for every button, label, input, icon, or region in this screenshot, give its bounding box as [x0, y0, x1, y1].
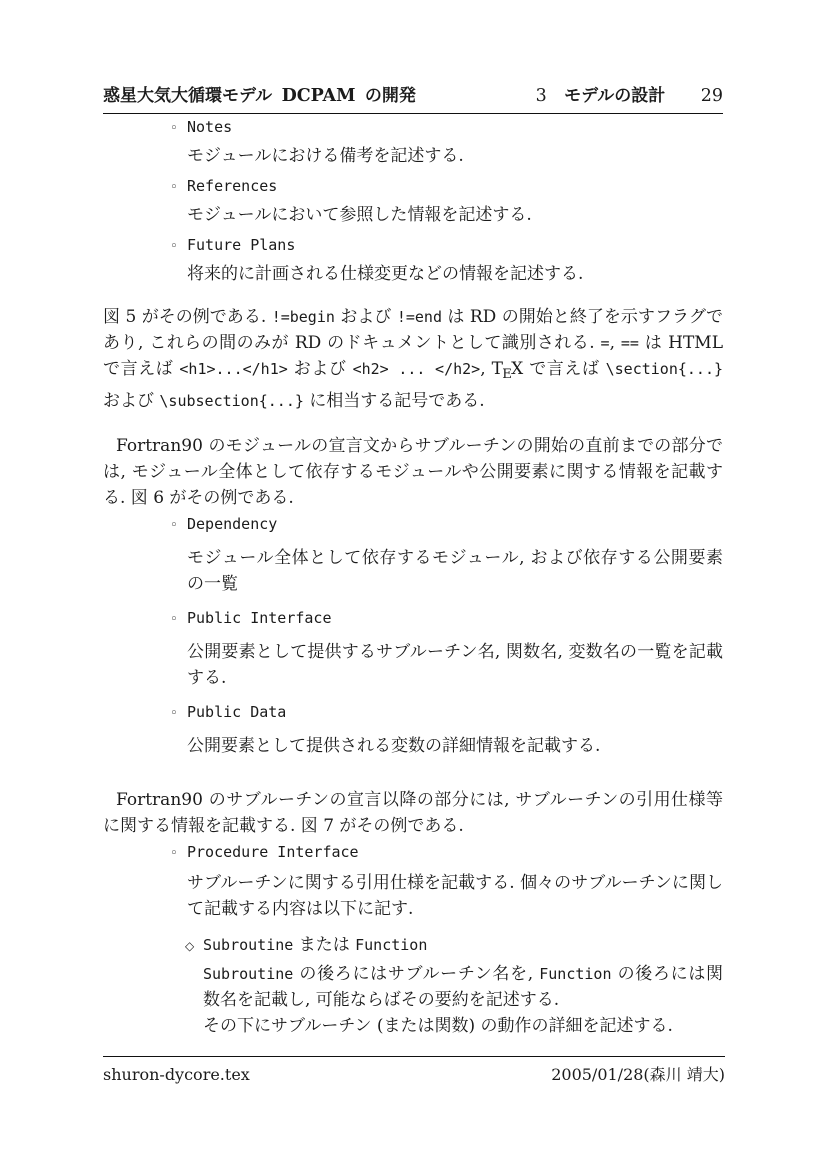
procedure-list: ◦Procedure Interface サブルーチンに関する引用仕様を記載する…	[103, 839, 723, 1039]
running-title: 惑星大気大循環モデル DCPAM の開発	[103, 84, 416, 108]
item-desc-line2: その下にサブルーチン (または関数) の動作の詳細を記述する.	[203, 1013, 723, 1039]
item-desc: サブルーチンに関する引用仕様を記載する. 個々のサブルーチンに関して記載する内容…	[187, 870, 723, 922]
list-item-notes: ◦Notes モジュールにおける備考を記述する.	[170, 114, 723, 169]
item-desc: モジュールにおいて参照した情報を記述する.	[187, 202, 723, 228]
diamond-bullet-icon: ◇	[185, 933, 203, 959]
item-label-row: ◦Procedure Interface	[170, 839, 723, 867]
item-label-row: ◇Subroutine または Function	[185, 932, 723, 959]
running-title-jp-post: の開発	[365, 86, 416, 106]
item-label-row: ◦Dependency	[170, 511, 723, 539]
section-title: モデルの設計	[564, 86, 665, 106]
date-author: 2005/01/28(森川 靖大)	[551, 1064, 725, 1086]
item-desc: 将来的に計画される仕様変更などの情報を記述する.	[187, 261, 723, 287]
item-label: Subroutine または Function	[203, 935, 427, 955]
item-desc-line1: Subroutine の後ろにはサブルーチン名を, Function の後ろには…	[203, 961, 723, 1013]
item-label: Future Plans	[187, 236, 295, 254]
circle-bullet-icon: ◦	[170, 175, 187, 201]
list-item-dependency: ◦Dependency モジュール全体として依存するモジュール, および依存する…	[170, 511, 723, 597]
list-item-subroutine-function: ◇Subroutine または Function Subroutine の後ろに…	[185, 932, 723, 1039]
module-doc-list: ◦Notes モジュールにおける備考を記述する. ◦References モジュ…	[103, 114, 723, 287]
section-number: 3	[536, 86, 547, 106]
item-label-row: ◦References	[170, 173, 723, 201]
page-number: 29	[701, 86, 723, 106]
item-label: Dependency	[187, 515, 277, 533]
document-page: 惑星大気大循環モデル DCPAM の開発 3 モデルの設計 29 ◦Notes …	[0, 0, 826, 1169]
source-filename: shuron-dycore.tex	[103, 1064, 250, 1086]
paragraph-module-decl: Fortran90 のモジュールの宣言文からサブルーチンの開始の直前までの部分で…	[103, 433, 723, 511]
module-section-list: ◦Dependency モジュール全体として依存するモジュール, および依存する…	[103, 511, 723, 759]
running-section: 3 モデルの設計 29	[536, 84, 723, 108]
page-body: ◦Notes モジュールにおける備考を記述する. ◦References モジュ…	[103, 114, 723, 1039]
procedure-sublist: ◇Subroutine または Function Subroutine の後ろに…	[170, 932, 723, 1039]
list-item-references: ◦References モジュールにおいて参照した情報を記述する.	[170, 173, 723, 228]
page-footer: shuron-dycore.tex 2005/01/28(森川 靖大)	[103, 1056, 725, 1086]
list-item-public-data: ◦Public Data 公開要素として提供される変数の詳細情報を記載する.	[170, 699, 723, 759]
item-label-row: ◦Public Interface	[170, 605, 723, 633]
item-label-row: ◦Notes	[170, 114, 723, 142]
page-header: 惑星大気大循環モデル DCPAM の開発 3 モデルの設計 29	[103, 84, 723, 114]
item-desc: モジュール全体として依存するモジュール, および依存する公開要素の一覧	[187, 545, 723, 597]
circle-bullet-icon: ◦	[170, 234, 187, 260]
list-item-public-interface: ◦Public Interface 公開要素として提供するサブルーチン名, 関数…	[170, 605, 723, 691]
paragraph-subroutine-decl: Fortran90 のサブルーチンの宣言以降の部分には, サブルーチンの引用仕様…	[103, 787, 723, 839]
circle-bullet-icon: ◦	[170, 701, 187, 727]
list-item-procedure-interface: ◦Procedure Interface サブルーチンに関する引用仕様を記載する…	[170, 839, 723, 1039]
paragraph-rd-flags: 図 5 がその例である. !=begin および !=end は RD の開始と…	[103, 304, 723, 414]
circle-bullet-icon: ◦	[170, 607, 187, 633]
circle-bullet-icon: ◦	[170, 116, 187, 142]
list-item-future-plans: ◦Future Plans 将来的に計画される仕様変更などの情報を記述する.	[170, 232, 723, 287]
circle-bullet-icon: ◦	[170, 841, 187, 867]
circle-bullet-icon: ◦	[170, 513, 187, 539]
item-label: Public Interface	[187, 609, 332, 627]
item-label-row: ◦Future Plans	[170, 232, 723, 260]
item-label: Public Data	[187, 703, 286, 721]
item-desc: 公開要素として提供される変数の詳細情報を記載する.	[187, 733, 723, 759]
item-label: Notes	[187, 118, 232, 136]
item-desc: モジュールにおける備考を記述する.	[187, 143, 723, 169]
item-label: Procedure Interface	[187, 843, 359, 861]
running-title-model: DCPAM	[282, 86, 356, 106]
item-label-row: ◦Public Data	[170, 699, 723, 727]
item-label: References	[187, 177, 277, 195]
item-desc: 公開要素として提供するサブルーチン名, 関数名, 変数名の一覧を記載する.	[187, 639, 723, 691]
running-title-jp-pre: 惑星大気大循環モデル	[103, 86, 272, 106]
